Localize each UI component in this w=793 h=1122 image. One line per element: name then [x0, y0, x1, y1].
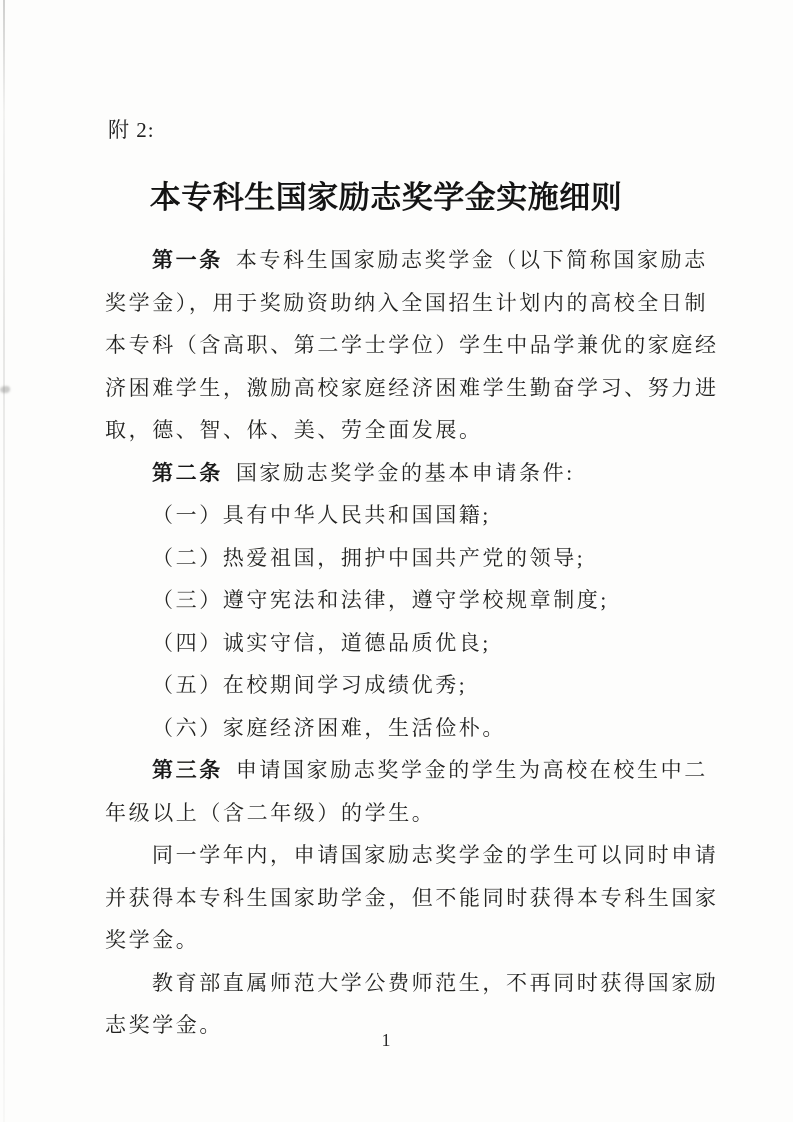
article-keyword: 第二条 — [152, 461, 223, 485]
document-line: 第二条国家励志奖学金的基本申请条件: — [105, 452, 667, 495]
document-line: 济困难学生，激励高校家庭经济困难学生勤奋学习、努力进 — [105, 367, 667, 410]
line-text: 申请国家励志奖学金的学生为高校在校生中二 — [236, 758, 708, 782]
document-line: （四）诚实守信，道德品质优良; — [105, 622, 667, 665]
scan-smudge-artifact — [0, 386, 10, 393]
document-line: 取，德、智、体、美、劳全面发展。 — [105, 409, 667, 452]
page-number: 1 — [105, 1030, 667, 1051]
document-line: 第一条本专科生国家励志奖学金（以下简称国家励志 — [105, 239, 667, 282]
scan-edge-artifact — [3, 0, 5, 1122]
article-keyword: 第一条 — [152, 248, 223, 272]
document-line: 奖学金），用于奖励资助纳入全国招生计划内的高校全日制 — [105, 282, 667, 325]
document-line: 同一学年内，申请国家励志奖学金的学生可以同时申请 — [105, 834, 667, 877]
document-line: 本专科（含高职、第二学士学位）学生中品学兼优的家庭经 — [105, 324, 667, 367]
document-line: 奖学金。 — [105, 919, 667, 962]
document-body: 第一条本专科生国家励志奖学金（以下简称国家励志奖学金），用于奖励资助纳入全国招生… — [105, 239, 667, 1047]
document-line: 教育部直属师范大学公费师范生，不再同时获得国家励 — [105, 962, 667, 1005]
document-line: （五）在校期间学习成绩优秀; — [105, 664, 667, 707]
line-text: 本专科生国家励志奖学金（以下简称国家励志 — [236, 248, 708, 272]
document-line: （六）家庭经济困难，生活俭朴。 — [105, 707, 667, 750]
attachment-label: 附 2: — [108, 114, 155, 144]
article-keyword: 第三条 — [152, 758, 223, 782]
document-line: 并获得本专科生国家助学金，但不能同时获得本专科生国家 — [105, 877, 667, 920]
document-line: 年级以上（含二年级）的学生。 — [105, 792, 667, 835]
document-line: （一）具有中华人民共和国国籍; — [105, 494, 667, 537]
document-title: 本专科生国家励志奖学金实施细则 — [105, 172, 667, 217]
line-text: 国家励志奖学金的基本申请条件: — [236, 461, 575, 485]
document-line: （三）遵守宪法和法律，遵守学校规章制度; — [105, 579, 667, 622]
document-line: 第三条申请国家励志奖学金的学生为高校在校生中二 — [105, 749, 667, 792]
document-line: （二）热爱祖国，拥护中国共产党的领导; — [105, 537, 667, 580]
scanned-document-page: 附 2: 本专科生国家励志奖学金实施细则 第一条本专科生国家励志奖学金（以下简称… — [0, 0, 793, 1122]
